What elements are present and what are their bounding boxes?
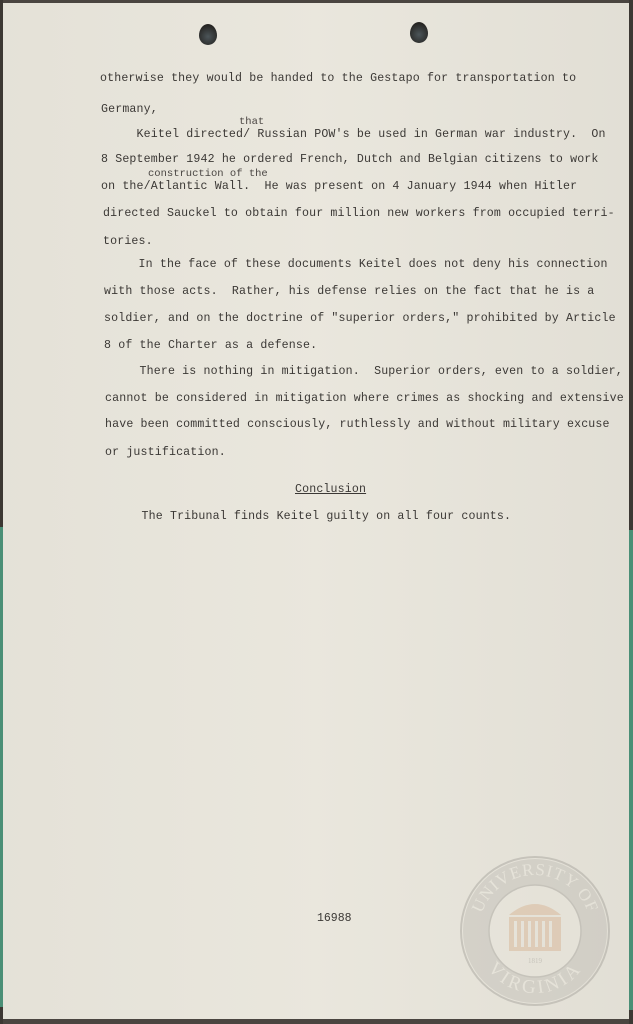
university-seal-watermark: UNIVERSITY OF VIRGINIA 1819 [459, 855, 611, 1007]
punch-hole-left [199, 24, 217, 45]
section-heading: Conclusion [295, 483, 366, 496]
svg-text:1819: 1819 [528, 957, 543, 965]
text-line: on the/Atlantic Wall. He was present on … [101, 180, 577, 193]
handwritten-insertion: that [239, 116, 264, 128]
document-page: otherwise they would be handed to the Ge… [3, 3, 629, 1019]
text-line: 8 of the Charter as a defense. [104, 339, 317, 352]
text-line: Keitel directed/ Russian POW's be used i… [101, 128, 606, 141]
scan-edge-right [629, 0, 633, 1024]
verdict-line: The Tribunal finds Keitel guilty on all … [106, 510, 511, 523]
text-line: soldier, and on the doctrine of "superio… [104, 312, 616, 325]
handwritten-insertion: construction of the [148, 168, 268, 180]
text-line: cannot be considered in mitigation where… [105, 392, 624, 405]
text-line: In the face of these documents Keitel do… [103, 258, 608, 271]
page-number: 16988 [317, 912, 352, 925]
text-line: have been committed consciously, ruthles… [105, 418, 610, 431]
text-line: There is nothing in mitigation. Superior… [104, 365, 623, 378]
text-line: 8 September 1942 he ordered French, Dutc… [101, 153, 599, 166]
text-line: Germany, [101, 103, 158, 116]
text-line: otherwise they would be handed to the Ge… [100, 72, 576, 85]
text-line: or justification. [105, 446, 226, 459]
text-line: with those acts. Rather, his defense rel… [104, 285, 594, 298]
text-line: tories. [103, 235, 153, 248]
punch-hole-right [410, 22, 428, 43]
text-line: directed Sauckel to obtain four million … [103, 207, 615, 220]
